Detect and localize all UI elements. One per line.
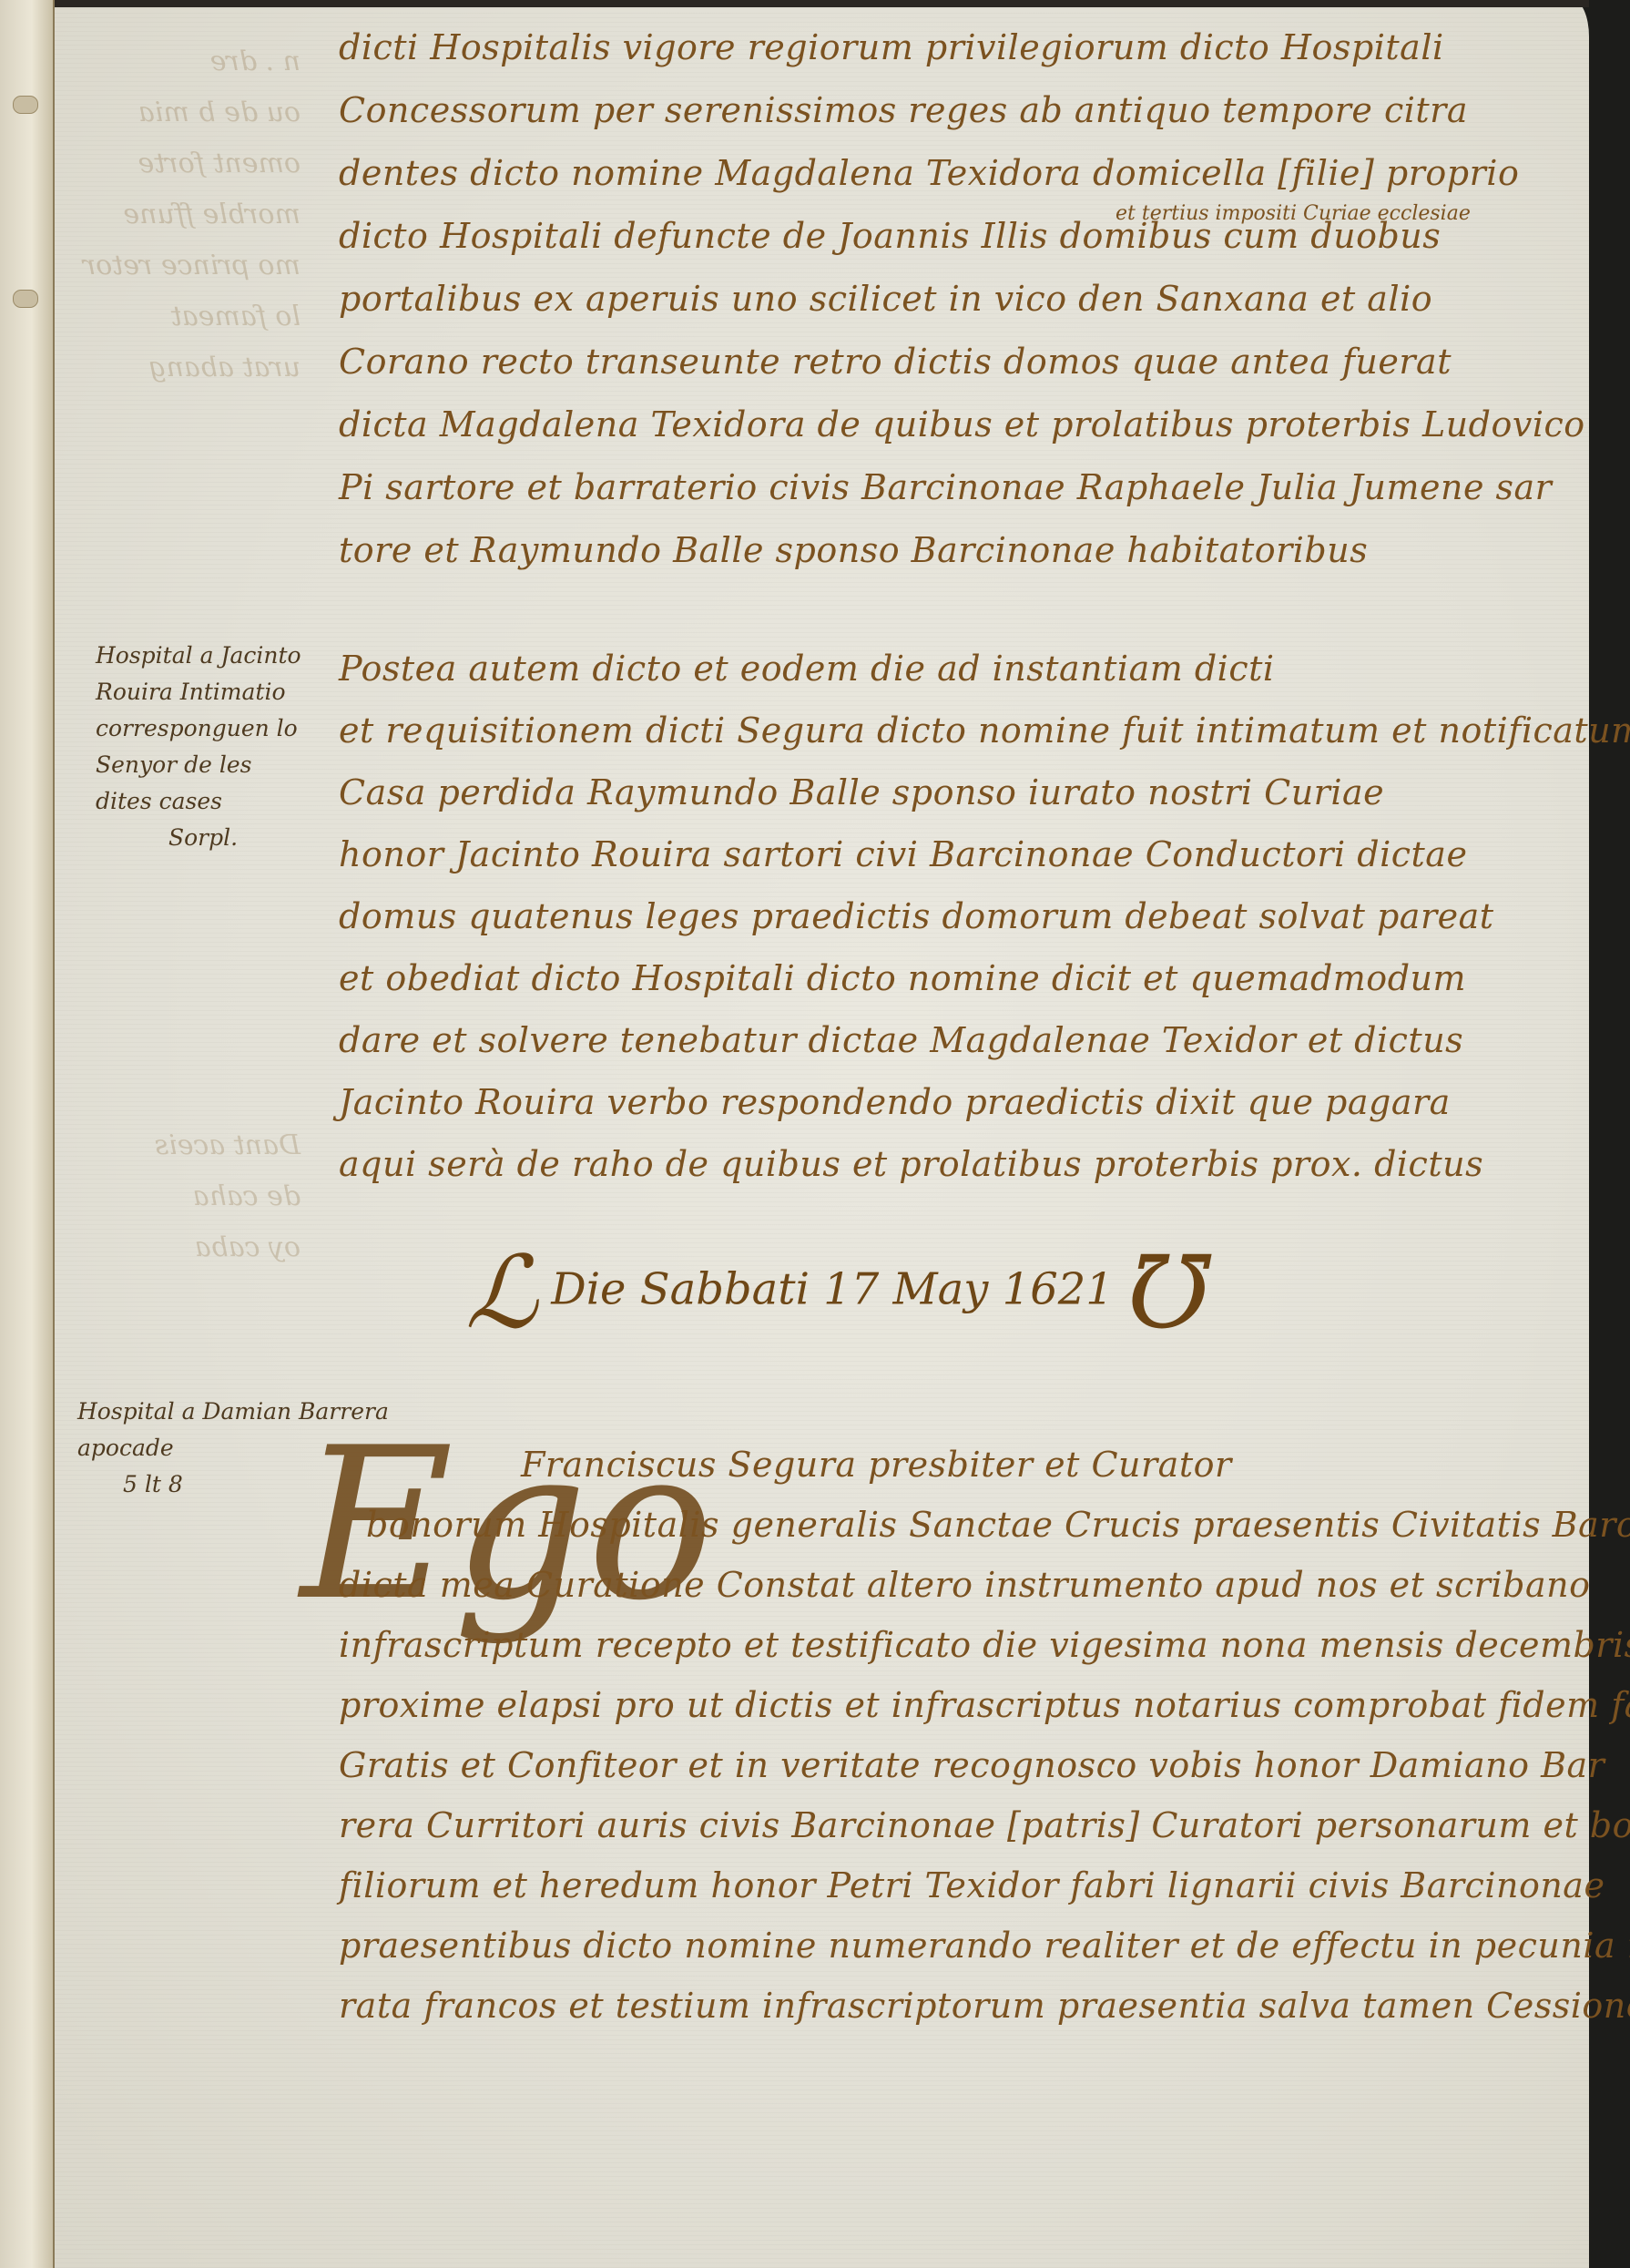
- manuscript-line: dare et solvere tenebatur dictae Magdale…: [339, 1009, 1559, 1071]
- manuscript-line: Jacinto Rouira verbo respondendo praedic…: [339, 1071, 1559, 1133]
- flourish-right-icon: ℧: [1127, 1234, 1210, 1351]
- manuscript-line: Pi sartore et barraterio civis Barcinona…: [339, 456, 1559, 519]
- ink-bleed-through: n . dreou de b miaoment fortemorble ffun…: [64, 36, 301, 393]
- manuscript-line: infrascriptum recepto et testificato die…: [339, 1615, 1559, 1675]
- manuscript-line: honor Jacinto Rouira sartori civi Barcin…: [339, 823, 1559, 885]
- interlinear-note: et tertius impositi Curiae ecclesiae: [1116, 202, 1471, 225]
- binding-stitch: [13, 290, 38, 308]
- text-block-postea: Postea autem dicto et eodem die ad insta…: [339, 638, 1559, 1195]
- manuscript-line: Postea autem dicto et eodem die ad insta…: [339, 638, 1559, 700]
- margin-note-intimation: Hospital a Jacinto Rouira Intimatio corr…: [96, 638, 360, 856]
- manuscript-page: n . dreou de b miaoment fortemorble ffun…: [0, 0, 1589, 2268]
- margin-note-line: corresponguen lo: [96, 710, 360, 747]
- manuscript-line: dicta Magdalena Texidora de quibus et pr…: [339, 393, 1559, 456]
- manuscript-line: portalibus ex aperuis uno scilicet in vi…: [339, 268, 1559, 331]
- manuscript-line: dicta mea Curatione Constat altero instr…: [339, 1555, 1559, 1615]
- margin-note-line: Senyor de les: [96, 747, 360, 783]
- manuscript-line: dentes dicto nomine Magdalena Texidora d…: [339, 142, 1559, 205]
- margin-note-line: dites cases: [96, 783, 360, 820]
- manuscript-line: Corano recto transeunte retro dictis dom…: [339, 331, 1559, 393]
- manuscript-line: rata francos et testium infrascriptorum …: [339, 1976, 1559, 2036]
- manuscript-line: Gratis et Confiteor et in veritate recog…: [339, 1735, 1559, 1795]
- manuscript-line: domus quatenus leges praedictis domorum …: [339, 885, 1559, 947]
- manuscript-line: filiorum et heredum honor Petri Texidor …: [339, 1855, 1559, 1916]
- margin-note-line: Rouira Intimatio: [96, 674, 360, 710]
- manuscript-line: Casa perdida Raymundo Balle sponso iurat…: [339, 761, 1559, 823]
- manuscript-line: aqui serà de raho de quibus et prolatibu…: [339, 1133, 1559, 1195]
- scan-edge: [0, 0, 1589, 7]
- manuscript-line: proxime elapsi pro ut dictis et infrascr…: [339, 1675, 1559, 1735]
- binding-stitch: [13, 96, 38, 114]
- manuscript-line: bonorum Hospitalis generalis Sanctae Cru…: [339, 1495, 1559, 1555]
- manuscript-line: tore et Raymundo Balle sponso Barcinonae…: [339, 519, 1559, 582]
- manuscript-line: rera Curritori auris civis Barcinonae [p…: [339, 1795, 1559, 1855]
- text-block-apoca: Franciscus Segura presbiter et Curator b…: [339, 1435, 1559, 2036]
- manuscript-line: Franciscus Segura presbiter et Curator: [339, 1435, 1559, 1495]
- flourish-left-icon: ℒ: [465, 1234, 537, 1351]
- date-heading: ℒ Die Sabbati 17 May 1621 ℧: [428, 1234, 1248, 1351]
- text-block-continuation: dicti Hospitalis vigore regiorum privile…: [339, 16, 1559, 582]
- manuscript-line: dicti Hospitalis vigore regiorum privile…: [339, 16, 1559, 79]
- manuscript-line: et requisitionem dicti Segura dicto nomi…: [339, 700, 1559, 761]
- margin-note-line: Hospital a Jacinto: [96, 638, 360, 674]
- manuscript-line: Concessorum per serenissimos reges ab an…: [339, 79, 1559, 142]
- manuscript-line: praesentibus dicto nomine numerando real…: [339, 1916, 1559, 1976]
- manuscript-line: et obediat dicto Hospitali dicto nomine …: [339, 947, 1559, 1009]
- date-text: Die Sabbati 17 May 1621: [551, 1264, 1114, 1315]
- ink-bleed-through: Dant aceisde cahaoy caba: [64, 1120, 301, 1273]
- binding-gutter: [0, 0, 55, 2268]
- margin-note-line: Sorpl.: [96, 820, 360, 856]
